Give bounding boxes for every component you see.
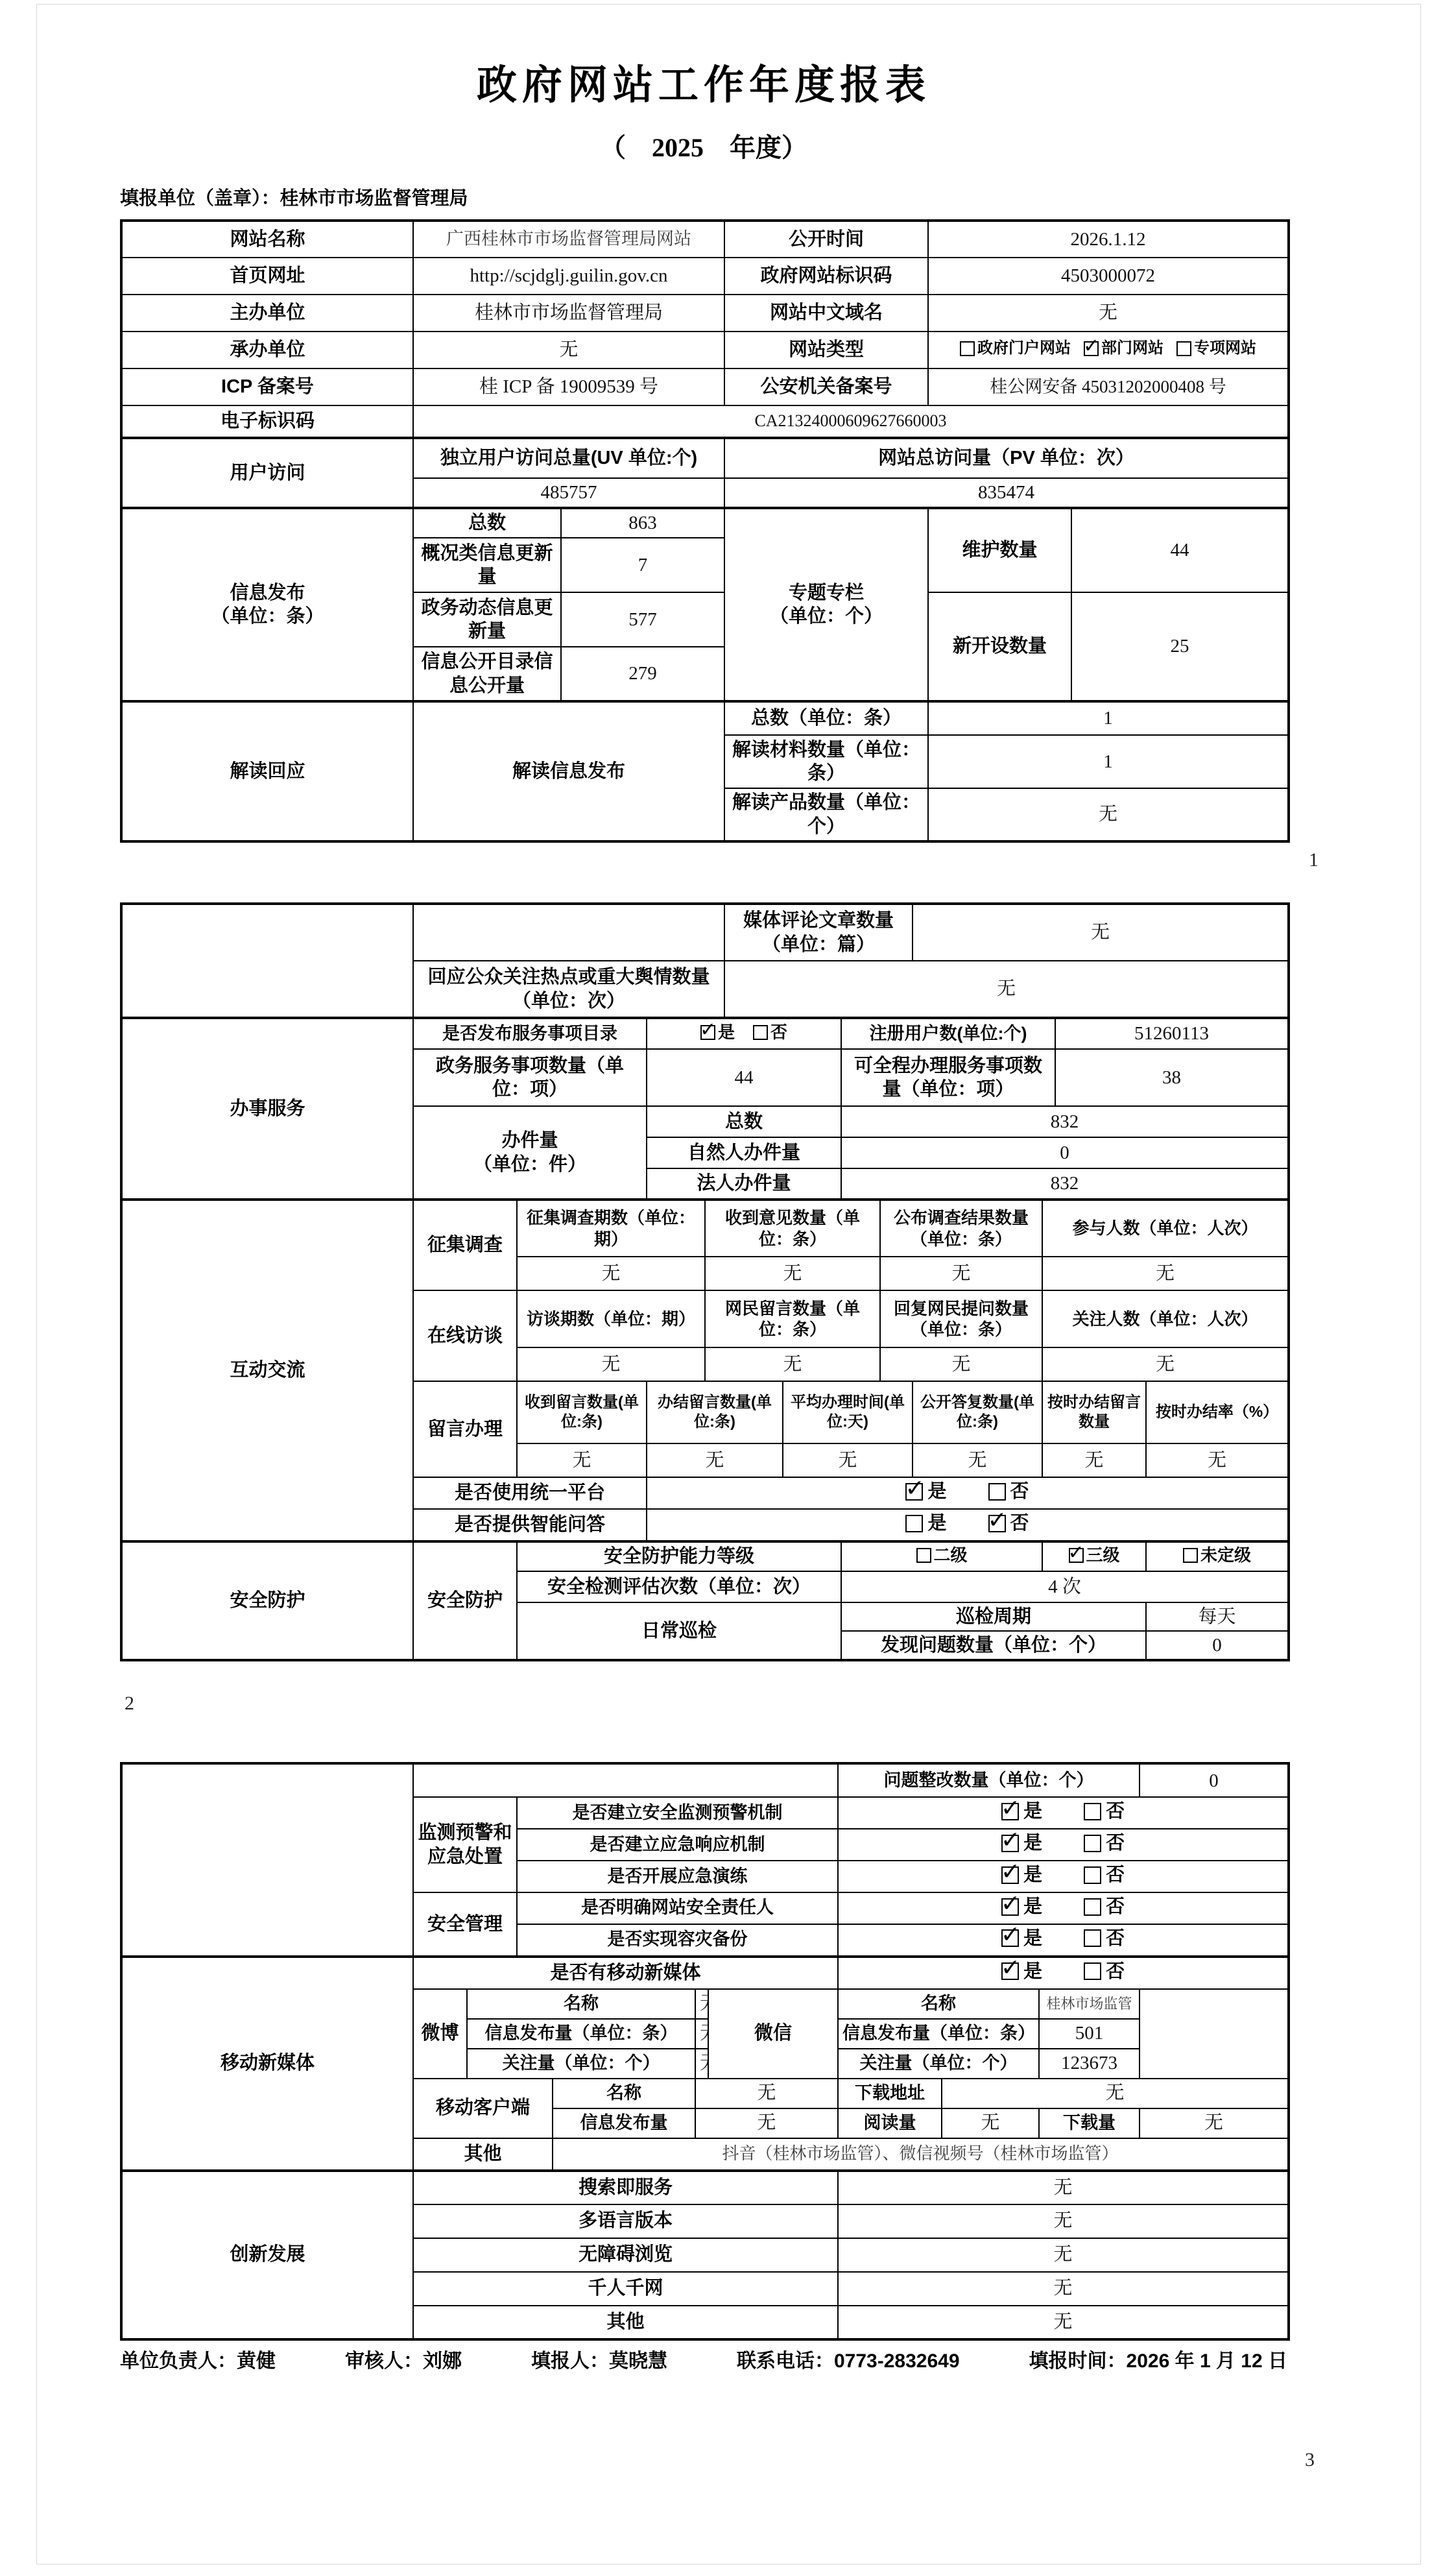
no-option: 否 <box>753 1022 787 1043</box>
innovation-row-value: 无 <box>838 2306 1289 2339</box>
police-record-value: 桂公网安备 45031202000408 号 <box>928 368 1289 405</box>
report-document: 政府网站工作年度报表 （ 2025 年度） 填报单位（盖章）：桂林市市场监督管理… <box>0 0 1456 2374</box>
security-person-checkboxes: 是 否 <box>838 1892 1289 1924</box>
no-checkbox <box>753 1025 768 1040</box>
wechat-label: 微信 <box>708 1989 838 2079</box>
smart-qa-checkboxes: 是 否 <box>647 1509 1289 1541</box>
hotspot-label: 回应公众关注热点或重大舆情数量（单位：次） <box>413 961 724 1018</box>
innovation-section-label: 创新发展 <box>121 2171 413 2339</box>
no-option: 否 <box>1084 1960 1125 1983</box>
interview-value: 无 <box>517 1347 705 1381</box>
yes-checkbox <box>905 1483 923 1501</box>
message-header: 办结留言数量(单位:条) <box>647 1381 783 1443</box>
page-number-2: 2 <box>125 1693 134 1715</box>
full-process-label: 可全程办理服务事项数量（单位：项） <box>841 1049 1055 1106</box>
weibo-row-label: 名称 <box>467 1989 695 2019</box>
wechat-row-value: 123673 <box>1039 2049 1140 2079</box>
wechat-row-label: 名称 <box>838 1989 1039 2019</box>
message-value: 无 <box>1042 1443 1146 1477</box>
yes-option: 是 <box>1001 1800 1042 1823</box>
eid-value: CA21324000609627660003 <box>413 405 1289 438</box>
monitor-warning-label: 监测预警和应急处置 <box>413 1797 517 1892</box>
survey-label: 征集调查 <box>413 1200 517 1290</box>
daily-inspection-label: 日常巡检 <box>517 1602 841 1661</box>
disaster-backup-label: 是否实现容灾备份 <box>517 1924 838 1957</box>
unified-platform-label: 是否使用统一平台 <box>413 1477 647 1509</box>
monitor-mechanism-label: 是否建立安全监测预警机制 <box>517 1797 838 1829</box>
user-visit-label: 用户访问 <box>121 438 413 508</box>
home-url-value: http://scjdglj.guilin.gov.cn <box>413 258 724 295</box>
level-option-3: 三级 <box>1042 1541 1146 1571</box>
info-publish-label: 信息发布 （单位：条） <box>121 508 413 701</box>
page-break-1: 1 <box>0 843 1456 902</box>
no-option: 否 <box>1084 1863 1125 1887</box>
wechat-row-label: 关注量（单位：个） <box>838 2049 1039 2079</box>
drill-label: 是否开展应急演练 <box>517 1861 838 1892</box>
yes-checkbox <box>1001 1898 1019 1916</box>
survey-header: 参与人数（单位：人次） <box>1042 1200 1289 1257</box>
yes-checkbox <box>1001 1929 1019 1947</box>
home-url-label: 首页网址 <box>121 258 413 295</box>
disaster-backup-checkboxes: 是 否 <box>838 1924 1289 1957</box>
no-checkbox <box>1084 1803 1101 1820</box>
volume-row-label: 自然人办件量 <box>647 1137 841 1168</box>
survey-header: 收到意见数量（单位：条） <box>705 1200 880 1257</box>
inspection-cycle-value: 每天 <box>1146 1602 1289 1631</box>
survey-value: 无 <box>1042 1257 1289 1290</box>
other-media-value: 抖音（桂林市场监管）、微信视频号（桂林市场监管） <box>553 2138 1289 2171</box>
info-total-value: 863 <box>561 508 724 538</box>
mobile-media-section-label: 移动新媒体 <box>121 1957 413 2171</box>
publish-time-value: 2026.1.12 <box>928 221 1289 258</box>
app-publish-value: 无 <box>695 2108 838 2138</box>
innovation-row-value: 无 <box>838 2171 1289 2204</box>
interview-header: 关注人数（单位：人次） <box>1042 1290 1289 1347</box>
no-checkbox <box>1084 1898 1101 1916</box>
special-column-label: 专题专栏 （单位：个） <box>724 508 928 701</box>
volume-row-label: 法人办件量 <box>647 1168 841 1200</box>
level-option-undetermined: 未定级 <box>1146 1541 1289 1571</box>
empty-cell <box>413 1763 838 1797</box>
unified-platform-checkboxes: 是 否 <box>647 1477 1289 1509</box>
innovation-row-value: 无 <box>838 2272 1289 2306</box>
yes-option: 是 <box>700 1022 735 1043</box>
volume-label: 办件量 （单位：件） <box>413 1106 647 1200</box>
yes-option: 是 <box>1001 1863 1042 1887</box>
site-code-label: 政府网站标识码 <box>724 258 928 295</box>
interpret-product-value: 无 <box>928 788 1289 841</box>
site-type-options: 政府门户网站部门网站专项网站 <box>928 332 1289 368</box>
problems-found-label: 发现问题数量（单位：个） <box>841 1631 1146 1660</box>
portal-checkbox <box>960 341 975 356</box>
no-option: 否 <box>1084 1800 1125 1823</box>
message-header: 按时办结留言数量 <box>1042 1381 1146 1443</box>
interpret-publish-label: 解读信息发布 <box>413 701 724 841</box>
interview-header: 网民留言数量（单位：条） <box>705 1290 880 1347</box>
site-type-option-portal: 政府门户网站 <box>960 339 1071 358</box>
interview-header: 回复网民提问数量（单位：条） <box>880 1290 1042 1347</box>
weibo-label: 微博 <box>413 1989 467 2079</box>
yes-checkbox <box>1001 1835 1019 1852</box>
fill-time: 填报时间：2026 年 1 月 12 日 <box>1029 2348 1287 2374</box>
message-value: 无 <box>783 1443 913 1477</box>
interview-value: 无 <box>880 1347 1042 1381</box>
yes-option: 是 <box>1001 1831 1042 1855</box>
level-option-2: 二级 <box>841 1541 1042 1571</box>
message-header: 按时办结率（%） <box>1146 1381 1289 1443</box>
auditor: 审核人：刘娜 <box>345 2348 462 2374</box>
icp-label: ICP 备案号 <box>121 368 413 405</box>
weibo-row-value: 无 <box>695 2049 708 2079</box>
survey-value: 无 <box>517 1257 705 1290</box>
new-open-label: 新开设数量 <box>928 592 1071 701</box>
signature-footer: 单位负责人：黄健 审核人：刘娜 填报人：莫晓慧 联系电话：0773-283264… <box>120 2348 1287 2374</box>
catalog-publish-label: 信息公开目录信息公开量 <box>413 647 561 701</box>
yes-option: 是 <box>905 1480 946 1503</box>
read-count-label: 阅读量 <box>838 2108 942 2138</box>
read-count-value: 无 <box>942 2108 1039 2138</box>
new-open-value: 25 <box>1071 592 1289 701</box>
no-checkbox <box>1084 1929 1101 1947</box>
message-header: 收到留言数量(单位:条) <box>517 1381 647 1443</box>
sponsor-value: 桂林市市场监督管理局 <box>413 295 724 332</box>
site-type-option-special: 专项网站 <box>1176 339 1256 358</box>
uv-value: 485757 <box>413 478 724 508</box>
security-section-label: 安全防护 <box>121 1541 413 1661</box>
yes-checkbox <box>1001 1962 1019 1980</box>
eid-label: 电子标识码 <box>121 405 413 438</box>
survey-value: 无 <box>880 1257 1042 1290</box>
hotspot-value: 无 <box>724 961 1289 1018</box>
smart-qa-label: 是否提供智能问答 <box>413 1509 647 1541</box>
info-total-label: 总数 <box>413 508 561 538</box>
has-mobile-media-label: 是否有移动新媒体 <box>413 1957 838 1989</box>
survey-header: 公布调查结果数量（单位：条） <box>880 1200 1042 1257</box>
drill-checkboxes: 是 否 <box>838 1861 1289 1892</box>
yes-checkbox <box>905 1515 923 1532</box>
police-record-label: 公安机关备案号 <box>724 368 928 405</box>
uv-header: 独立用户访问总量(UV 单位:个) <box>413 438 724 478</box>
dynamic-update-label: 政务动态信息更新量 <box>413 592 561 647</box>
unit-head: 单位负责人：黄健 <box>120 2348 276 2374</box>
volume-row-value: 832 <box>841 1106 1289 1137</box>
interview-header: 访谈期数（单位：期） <box>517 1290 705 1347</box>
wechat-row-label: 信息发布量（单位：条） <box>838 2019 1039 2049</box>
survey-header: 征集调查期数（单位：期） <box>517 1200 705 1257</box>
registered-users-label: 注册用户数(单位:个) <box>841 1018 1055 1049</box>
app-name-value: 无 <box>695 2079 838 2108</box>
no-option: 否 <box>988 1512 1029 1535</box>
innovation-row-label: 千人千网 <box>413 2272 838 2306</box>
message-value: 无 <box>647 1443 783 1477</box>
no-option: 否 <box>988 1480 1029 1503</box>
download-addr-label: 下载地址 <box>838 2079 942 2108</box>
reporting-unit-line: 填报单位（盖章）：桂林市市场监督管理局 <box>120 187 1287 210</box>
overview-update-value: 7 <box>561 538 724 592</box>
no-checkbox <box>1084 1866 1101 1884</box>
no-checkbox <box>1084 1835 1101 1852</box>
weibo-row-label: 关注量（单位：个） <box>467 2049 695 2079</box>
interview-value: 无 <box>705 1347 880 1381</box>
undertaker-label: 承办单位 <box>121 332 413 368</box>
message-header: 平均办理时间(单位:天) <box>783 1381 913 1443</box>
volume-row-value: 0 <box>841 1137 1289 1168</box>
inspection-cycle-label: 巡检周期 <box>841 1602 1146 1631</box>
pv-header: 网站总访问量（PV 单位：次） <box>724 438 1289 478</box>
icp-value: 桂 ICP 备 19009539 号 <box>413 368 724 405</box>
yes-checkbox <box>1001 1803 1019 1820</box>
yes-option: 是 <box>1001 1895 1042 1918</box>
sponsor-label: 主办单位 <box>121 295 413 332</box>
security-eval-value: 4 次 <box>841 1571 1289 1602</box>
volume-row-value: 832 <box>841 1168 1289 1200</box>
interaction-section-label: 互动交流 <box>121 1200 413 1541</box>
maintain-count-label: 维护数量 <box>928 508 1071 592</box>
service-items-label: 政务服务事项数量（单位：项） <box>413 1049 647 1106</box>
volume-row-label: 总数 <box>647 1106 841 1137</box>
other-media-label: 其他 <box>413 2138 553 2171</box>
cn-domain-label: 网站中文域名 <box>724 295 928 332</box>
message-value: 无 <box>1146 1443 1289 1477</box>
security-sub-label: 安全防护 <box>413 1541 517 1661</box>
empty-cell <box>413 904 724 961</box>
no-option: 否 <box>1084 1927 1125 1950</box>
interview-label: 在线访谈 <box>413 1290 517 1381</box>
yes-checkbox <box>1001 1866 1019 1884</box>
rectify-count-value: 0 <box>1140 1763 1289 1797</box>
weibo-row-value: 无 <box>695 2019 708 2049</box>
publish-time-label: 公开时间 <box>724 221 928 258</box>
interpret-product-label: 解读产品数量（单位：个） <box>724 788 928 841</box>
pv-value: 835474 <box>724 478 1289 508</box>
innovation-row-label: 无障碍浏览 <box>413 2238 838 2272</box>
cn-domain-value: 无 <box>928 295 1289 332</box>
catalog-publish-value: 279 <box>561 647 724 701</box>
no-option: 否 <box>1084 1831 1125 1855</box>
innovation-row-label: 多语言版本 <box>413 2204 838 2238</box>
rectify-count-label: 问题整改数量（单位：个） <box>838 1763 1140 1797</box>
download-count-label: 下载量 <box>1039 2108 1140 2138</box>
yes-option: 是 <box>1001 1960 1042 1983</box>
app-publish-label: 信息发布量 <box>553 2108 695 2138</box>
overview-update-label: 概况类信息更新量 <box>413 538 561 592</box>
service-directory-checkboxes: 是 否 <box>647 1018 841 1049</box>
table-mobile-innovation: 问题整改数量（单位：个） 0 监测预警和应急处置 是否建立安全监测预警机制 是 … <box>120 1762 1290 2340</box>
security-person-label: 是否明确网站安全责任人 <box>517 1892 838 1924</box>
service-directory-label: 是否发布服务事项目录 <box>413 1018 647 1049</box>
site-type-option-department: 部门网站 <box>1084 339 1164 358</box>
interpret-material-value: 1 <box>928 735 1289 788</box>
interpret-total-value: 1 <box>928 701 1289 735</box>
message-label: 留言办理 <box>413 1381 517 1477</box>
app-name-label: 名称 <box>553 2079 695 2108</box>
filler: 填报人：莫晓慧 <box>531 2348 667 2374</box>
weibo-row-value: 无 <box>695 1989 708 2019</box>
page-number-3: 3 <box>1305 2449 1315 2471</box>
interpret-total-label: 总数（单位：条） <box>724 701 928 735</box>
yes-checkbox <box>700 1025 715 1040</box>
message-value: 无 <box>913 1443 1042 1477</box>
empty-cell <box>121 904 413 1018</box>
no-checkbox <box>988 1515 1006 1532</box>
table-basic-info: 网站名称 广西桂林市市场监督管理局网站 公开时间 2026.1.12 首页网址 … <box>120 219 1290 843</box>
full-process-value: 38 <box>1055 1049 1289 1106</box>
innovation-row-value: 无 <box>838 2238 1289 2272</box>
page-break-2: 2 <box>0 1661 1456 1762</box>
empty-cell <box>121 1763 413 1956</box>
wechat-row-value: 桂林市场监管 <box>1039 1989 1140 2019</box>
registered-users-value: 51260113 <box>1055 1018 1289 1049</box>
mobile-app-label: 移动客户端 <box>413 2079 553 2138</box>
table-service-interaction-security: 媒体评论文章数量（单位：篇） 无 回应公众关注热点或重大舆情数量（单位：次） 无… <box>120 902 1290 1661</box>
report-title: 政府网站工作年度报表 <box>120 56 1287 115</box>
security-level-label: 安全防护能力等级 <box>517 1541 841 1571</box>
no-checkbox <box>1084 1962 1101 1980</box>
service-section-label: 办事服务 <box>121 1018 413 1200</box>
undetermined-checkbox <box>1183 1548 1198 1563</box>
maintain-count-value: 44 <box>1071 508 1289 592</box>
yes-option: 是 <box>905 1512 946 1535</box>
innovation-row-label: 搜索即服务 <box>413 2171 838 2204</box>
monitor-mechanism-checkboxes: 是 否 <box>838 1797 1289 1829</box>
interpret-label: 解读回应 <box>121 701 413 841</box>
level2-checkbox <box>916 1548 931 1563</box>
contact-phone: 联系电话：0773-2832649 <box>737 2348 960 2374</box>
message-value: 无 <box>517 1443 647 1477</box>
security-mgmt-label: 安全管理 <box>413 1892 517 1957</box>
dynamic-update-value: 577 <box>561 592 724 647</box>
department-checkbox <box>1084 341 1099 356</box>
download-addr-value: 无 <box>942 2079 1289 2108</box>
site-name-value: 广西桂林市市场监督管理局网站 <box>413 221 724 258</box>
media-comment-value: 无 <box>913 904 1289 961</box>
emergency-mechanism-checkboxes: 是 否 <box>838 1829 1289 1861</box>
site-type-label: 网站类型 <box>724 332 928 368</box>
yes-option: 是 <box>1001 1927 1042 1950</box>
page-number-1: 1 <box>1309 849 1319 871</box>
problems-found-value: 0 <box>1146 1631 1289 1660</box>
site-code-value: 4503000072 <box>928 258 1289 295</box>
download-count-value: 无 <box>1140 2108 1289 2138</box>
service-items-value: 44 <box>647 1049 841 1106</box>
site-name-label: 网站名称 <box>121 221 413 258</box>
interview-value: 无 <box>1042 1347 1289 1381</box>
undertaker-value: 无 <box>413 332 724 368</box>
level3-checkbox <box>1069 1548 1084 1563</box>
has-mobile-media-checkboxes: 是 否 <box>838 1957 1289 1989</box>
message-header: 公开答复数量(单位:条) <box>913 1381 1042 1443</box>
emergency-mechanism-label: 是否建立应急响应机制 <box>517 1829 838 1861</box>
no-checkbox <box>988 1483 1006 1501</box>
wechat-row-value: 501 <box>1039 2019 1140 2049</box>
special-checkbox <box>1176 341 1191 356</box>
report-year: （ 2025 年度） <box>120 131 1287 165</box>
weibo-row-label: 信息发布量（单位：条） <box>467 2019 695 2049</box>
no-option: 否 <box>1084 1895 1125 1918</box>
innovation-row-value: 无 <box>838 2204 1289 2238</box>
innovation-row-label: 其他 <box>413 2306 838 2339</box>
interpret-material-label: 解读材料数量（单位：条） <box>724 735 928 788</box>
security-eval-label: 安全检测评估次数（单位：次） <box>517 1571 841 1602</box>
survey-value: 无 <box>705 1257 880 1290</box>
media-comment-label: 媒体评论文章数量（单位：篇） <box>724 904 913 961</box>
